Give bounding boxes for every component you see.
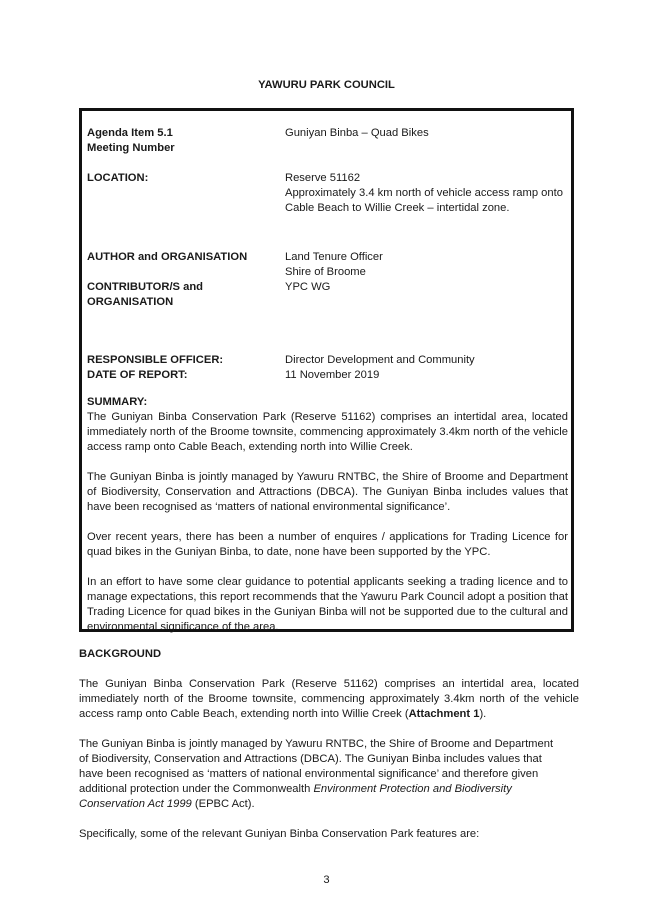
summary-paragraph: Over recent years, there has been a numb… bbox=[87, 530, 568, 560]
council-title: YAWURU PARK COUNCIL bbox=[0, 78, 653, 93]
location-value-1: Reserve 51162 bbox=[285, 171, 570, 186]
location-value-3: Cable Beach to Willie Creek – intertidal… bbox=[285, 201, 570, 216]
attachment-reference: Attachment 1 bbox=[409, 708, 480, 720]
contributor-label-2: ORGANISATION bbox=[87, 295, 277, 310]
meeting-number-label: Meeting Number bbox=[87, 141, 277, 156]
background-paragraph-1: The Guniyan Binba Conservation Park (Res… bbox=[79, 677, 579, 722]
date-of-report-label: DATE OF REPORT: bbox=[87, 368, 277, 383]
agenda-item-value: Guniyan Binba – Quad Bikes bbox=[285, 126, 570, 141]
summary-paragraph: The Guniyan Binba Conservation Park (Res… bbox=[87, 410, 568, 455]
background-p2-end: (EPBC Act). bbox=[192, 798, 255, 810]
contributor-label-1: CONTRIBUTOR/S and bbox=[87, 280, 277, 295]
date-of-report-value: 11 November 2019 bbox=[285, 368, 570, 383]
agenda-summary-box: Agenda Item 5.1 Guniyan Binba – Quad Bik… bbox=[79, 108, 574, 632]
responsible-officer-label: RESPONSIBLE OFFICER: bbox=[87, 353, 277, 368]
background-p1-text: The Guniyan Binba Conservation Park (Res… bbox=[79, 678, 579, 720]
summary-paragraph: In an effort to have some clear guidance… bbox=[87, 575, 568, 635]
summary-paragraph: The Guniyan Binba is jointly managed by … bbox=[87, 470, 568, 515]
agenda-item-label: Agenda Item 5.1 bbox=[87, 126, 277, 141]
contributor-value: YPC WG bbox=[285, 280, 570, 295]
location-value-2: Approximately 3.4 km north of vehicle ac… bbox=[285, 186, 570, 201]
background-paragraph-3: Specifically, some of the relevant Guniy… bbox=[79, 827, 579, 842]
author-label: AUTHOR and ORGANISATION bbox=[87, 250, 277, 265]
responsible-officer-value: Director Development and Community bbox=[285, 353, 570, 368]
background-p1-end: ). bbox=[479, 708, 486, 720]
summary-heading: SUMMARY: bbox=[87, 395, 147, 410]
page-number: 3 bbox=[0, 873, 653, 888]
author-value-1: Land Tenure Officer bbox=[285, 250, 570, 265]
background-paragraph-2: The Guniyan Binba is jointly managed by … bbox=[79, 737, 564, 812]
background-heading: BACKGROUND bbox=[79, 647, 161, 662]
author-value-2: Shire of Broome bbox=[285, 265, 570, 280]
location-label: LOCATION: bbox=[87, 171, 277, 186]
